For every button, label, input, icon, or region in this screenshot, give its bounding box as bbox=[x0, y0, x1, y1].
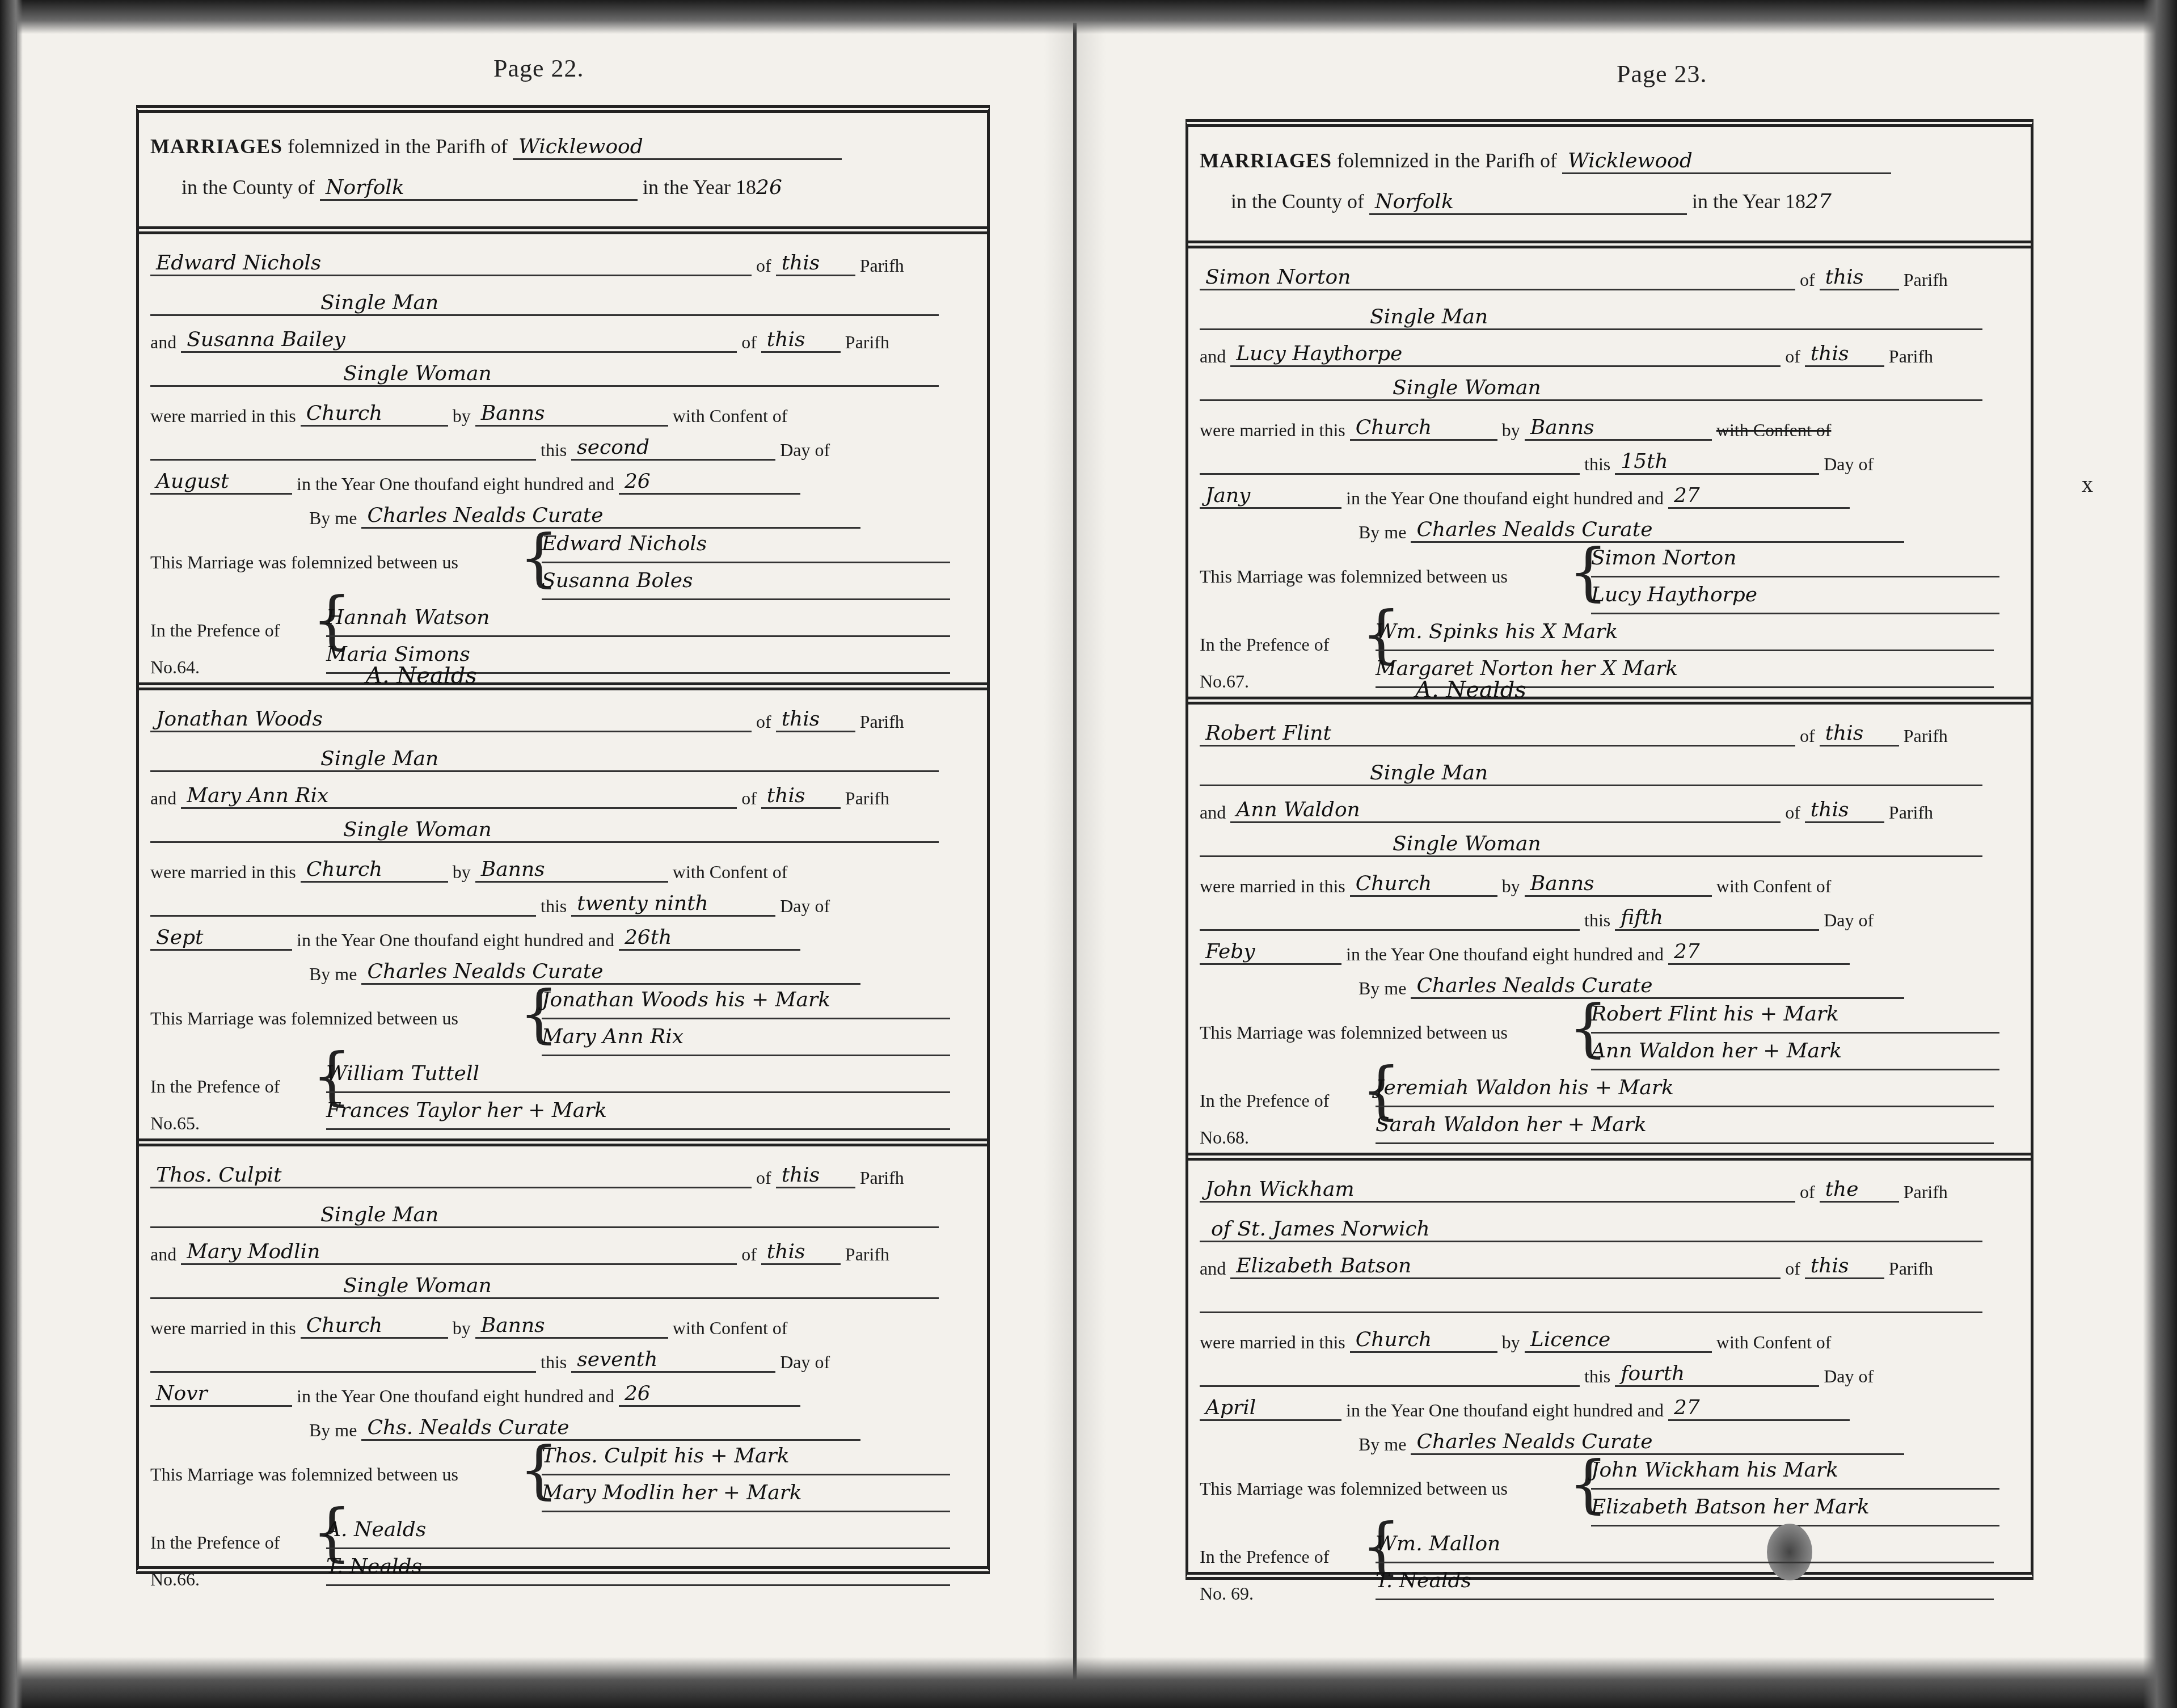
solemnized-between-label: This Marriage was folemnized between us bbox=[1200, 566, 1508, 587]
witness-1: Hannah Watson bbox=[326, 600, 950, 637]
bride-name: Ann Waldon bbox=[1230, 798, 1781, 823]
were-married-label: were married in this bbox=[150, 406, 296, 426]
in-the-year-label: in the Year One thoufand eight hundred a… bbox=[297, 930, 614, 950]
couple-signatures: Jonathan Woods his + Mark Mary Ann Rix bbox=[542, 982, 950, 1056]
marriage-method: Banns bbox=[475, 1314, 668, 1339]
groom-status: Single Man bbox=[1200, 761, 1982, 786]
groom-parish: this bbox=[1820, 722, 1899, 747]
couple-signatures: Edward Nichols Susanna Boles bbox=[542, 526, 950, 600]
marriage-place: Church bbox=[1350, 1328, 1497, 1353]
by-label: by bbox=[1502, 420, 1520, 440]
with-consent-label: with Confent of bbox=[1716, 876, 1832, 896]
solemnized-between-label: This Marriage was folemnized between us bbox=[150, 1008, 458, 1028]
extra-signature: A. Nealds bbox=[1415, 677, 1526, 703]
this-label: this bbox=[1584, 910, 1610, 930]
officiant: Charles Nealds Curate bbox=[361, 504, 860, 529]
solemnized-between-label: This Marriage was folemnized between us bbox=[1200, 1022, 1508, 1043]
marriage-entry: Robert Flint of this Parifh Single Man a… bbox=[1188, 705, 2031, 1161]
entry-number: No. 69. bbox=[1200, 1583, 1254, 1604]
parish-name: Wicklewood bbox=[513, 135, 842, 160]
in-the-year-label: in the Year One thoufand eight hundred a… bbox=[1346, 1400, 1664, 1420]
margin-x-mark: x bbox=[2082, 471, 2093, 497]
marriage-place: Church bbox=[1350, 872, 1497, 897]
marriage-year: 27 bbox=[1668, 1396, 1850, 1421]
entry-number: No.65. bbox=[150, 1113, 200, 1134]
bride-signature: Lucy Haythorpe bbox=[1591, 577, 1999, 614]
marriage-month: Novr bbox=[150, 1382, 292, 1407]
scan-edge-bottom bbox=[0, 1657, 2177, 1708]
bride-signature: Mary Modlin her + Mark bbox=[542, 1475, 950, 1512]
marriage-day: seventh bbox=[571, 1348, 775, 1373]
witness-2: T. Nealds bbox=[326, 1549, 950, 1586]
marriage-method: Banns bbox=[475, 858, 668, 883]
of-label: of bbox=[756, 711, 771, 732]
in-presence-label: In the Prefence of bbox=[150, 1532, 280, 1553]
bride-parish: this bbox=[761, 784, 841, 809]
consent-of bbox=[150, 1371, 536, 1373]
bride-parish: this bbox=[1805, 798, 1884, 823]
parish-label: Parifh bbox=[845, 332, 889, 352]
consent-of bbox=[1200, 473, 1580, 475]
officiant: Charles Nealds Curate bbox=[1411, 1430, 1904, 1455]
groom-name: Simon Norton bbox=[1200, 265, 1795, 290]
bride-status: Single Woman bbox=[150, 1274, 939, 1299]
marriage-method: Banns bbox=[1525, 872, 1712, 897]
groom-status: Single Man bbox=[150, 291, 939, 316]
groom-status: Single Man bbox=[150, 1203, 939, 1228]
witness-signatures: William Tuttell Frances Taylor her + Mar… bbox=[326, 1056, 950, 1130]
by-me-label: By me bbox=[1358, 978, 1406, 998]
in-presence-label: In the Prefence of bbox=[1200, 1090, 1329, 1111]
groom-signature: John Wickham his Mark bbox=[1591, 1453, 1999, 1490]
were-married-label: were married in this bbox=[150, 862, 296, 882]
marriage-entry: Simon Norton of this Parifh Single Man a… bbox=[1188, 248, 2031, 705]
with-consent-label: with Confent of bbox=[673, 862, 788, 882]
marriage-year: 26 bbox=[619, 470, 800, 495]
year-prefix: in the Year 18 bbox=[643, 176, 756, 199]
in-presence-label: In the Prefence of bbox=[1200, 634, 1329, 655]
this-label: this bbox=[541, 896, 567, 916]
by-label: by bbox=[1502, 876, 1520, 896]
by-me-label: By me bbox=[309, 508, 357, 528]
of-label: of bbox=[756, 255, 771, 276]
county-name: Norfolk bbox=[1369, 190, 1687, 215]
bride-name: Elizabeth Batson bbox=[1230, 1254, 1781, 1279]
solemnized-between-label: This Marriage was folemnized between us bbox=[150, 552, 458, 572]
marriage-month: August bbox=[150, 470, 292, 495]
bride-parish: this bbox=[761, 1240, 841, 1265]
by-label: by bbox=[1502, 1332, 1520, 1352]
register-page-23: MARRIAGES folemnized in the Parifh of Wi… bbox=[1185, 119, 2033, 1580]
parish-label: Parifh bbox=[860, 1167, 904, 1188]
bride-parish: this bbox=[761, 328, 841, 353]
witness-signatures: A. Nealds T. Nealds bbox=[326, 1512, 950, 1586]
were-married-label: were married in this bbox=[1200, 876, 1345, 896]
county-prefix: in the County of bbox=[182, 176, 315, 199]
in-the-year-label: in the Year One thoufand eight hundred a… bbox=[297, 1386, 614, 1406]
couple-signatures: John Wickham his Mark Elizabeth Batson h… bbox=[1591, 1453, 1999, 1526]
marriage-year: 27 bbox=[1668, 940, 1850, 965]
of-label: of bbox=[741, 1244, 757, 1264]
page-label-left: Page 22. bbox=[493, 54, 584, 83]
groom-signature: Edward Nichols bbox=[542, 526, 950, 563]
marriage-method: Licence bbox=[1525, 1328, 1712, 1353]
parish-label: Parifh bbox=[1904, 269, 1948, 290]
parish-label: Parifh bbox=[1889, 346, 1933, 366]
consent-of bbox=[150, 459, 536, 461]
officiant: Charles Nealds Curate bbox=[1411, 974, 1904, 999]
parish-label: Parifh bbox=[845, 1244, 889, 1264]
scan-edge-top bbox=[0, 0, 2177, 34]
bride-name: Susanna Bailey bbox=[181, 328, 737, 353]
marriage-day: fifth bbox=[1615, 906, 1819, 931]
bride-signature: Susanna Boles bbox=[542, 563, 950, 600]
scan-edge-right bbox=[2143, 0, 2177, 1708]
with-consent-label: with Confent of bbox=[1716, 1332, 1832, 1352]
header-year: 27 bbox=[1805, 190, 1832, 213]
this-label: this bbox=[1584, 454, 1610, 474]
of-label: of bbox=[756, 1167, 771, 1188]
bride-parish: this bbox=[1805, 1254, 1884, 1279]
and-label: and bbox=[1200, 346, 1226, 366]
and-label: and bbox=[1200, 1258, 1226, 1279]
of-label: of bbox=[741, 332, 757, 352]
groom-parish: the bbox=[1820, 1178, 1899, 1203]
consent-of bbox=[1200, 1385, 1580, 1387]
marriage-day: twenty ninth bbox=[571, 892, 775, 917]
marriage-place: Church bbox=[1350, 416, 1497, 441]
groom-name: Thos. Culpit bbox=[150, 1163, 752, 1188]
extra-signature: A. Nealds bbox=[366, 663, 477, 689]
of-label: of bbox=[1800, 1182, 1815, 1202]
groom-signature: Thos. Culpit his + Mark bbox=[542, 1439, 950, 1475]
of-label: of bbox=[1785, 1258, 1800, 1279]
witness-2: T. Nealds bbox=[1376, 1563, 1994, 1600]
parish-label: Parifh bbox=[1889, 802, 1933, 823]
by-me-label: By me bbox=[1358, 522, 1406, 542]
bride-signature: Elizabeth Batson her Mark bbox=[1591, 1490, 1999, 1526]
page-header: MARRIAGES folemnized in the Parifh of Wi… bbox=[139, 113, 987, 234]
witness-2: Sarah Waldon her + Mark bbox=[1376, 1107, 1994, 1144]
of-label: of bbox=[1785, 346, 1800, 366]
in-the-year-label: in the Year One thoufand eight hundred a… bbox=[1346, 944, 1664, 964]
day-of-label: Day of bbox=[1824, 910, 1874, 930]
were-married-label: were married in this bbox=[150, 1318, 296, 1338]
in-presence-label: In the Prefence of bbox=[150, 620, 280, 640]
with-consent-label: with Confent of bbox=[673, 406, 788, 426]
by-me-label: By me bbox=[309, 1420, 357, 1440]
and-label: and bbox=[150, 332, 176, 352]
bride-status bbox=[1200, 1288, 1982, 1313]
marriage-entry: John Wickham of the Parifh of St. James … bbox=[1188, 1161, 2031, 1609]
header-year: 26 bbox=[756, 176, 782, 199]
of-label: of bbox=[1785, 802, 1800, 823]
officiant: Charles Nealds Curate bbox=[1411, 518, 1904, 543]
witness-1: Wm. Mallon bbox=[1376, 1526, 1994, 1563]
day-of-label: Day of bbox=[1824, 1366, 1874, 1386]
marriage-month: Sept bbox=[150, 926, 292, 951]
were-married-label: were married in this bbox=[1200, 420, 1345, 440]
bride-status: Single Woman bbox=[150, 362, 939, 387]
witness-signatures: Wm. Mallon T. Nealds bbox=[1376, 1526, 1994, 1600]
entry-number: No.68. bbox=[1200, 1127, 1249, 1148]
bride-name: Mary Modlin bbox=[181, 1240, 737, 1265]
page-header: MARRIAGES folemnized in the Parifh of Wi… bbox=[1188, 127, 2031, 248]
groom-name: John Wickham bbox=[1200, 1178, 1795, 1203]
marriage-place: Church bbox=[301, 858, 448, 883]
marriage-month: Jany bbox=[1200, 484, 1341, 509]
couple-signatures: Simon Norton Lucy Haythorpe bbox=[1591, 541, 1999, 614]
witness-1: Jeremiah Waldon his + Mark bbox=[1376, 1070, 1994, 1107]
groom-status: Single Man bbox=[1200, 305, 1982, 330]
groom-parish: this bbox=[1820, 265, 1899, 290]
with-consent-label: with Confent of bbox=[673, 1318, 788, 1338]
entry-number: No.67. bbox=[1200, 671, 1249, 692]
marriage-place: Church bbox=[301, 402, 448, 427]
marriage-entry: Thos. Culpit of this Parifh Single Man a… bbox=[139, 1146, 987, 1595]
groom-signature: Simon Norton bbox=[1591, 541, 1999, 577]
solemnized-between-label: This Marriage was folemnized between us bbox=[1200, 1478, 1508, 1499]
day-of-label: Day of bbox=[1824, 454, 1874, 474]
marriages-heading: MARRIAGES bbox=[1200, 149, 1332, 172]
witness-1: Wm. Spinks his X Mark bbox=[1376, 614, 1994, 651]
parish-label: Parifh bbox=[1889, 1258, 1933, 1279]
parish-label: Parifh bbox=[845, 788, 889, 808]
this-label: this bbox=[541, 440, 567, 460]
groom-name: Robert Flint bbox=[1200, 722, 1795, 747]
marriage-day: 15th bbox=[1615, 450, 1819, 475]
parish-label: Parifh bbox=[1904, 726, 1948, 746]
marriage-method: Banns bbox=[1525, 416, 1712, 441]
couple-signatures: Robert Flint his + Mark Ann Waldon her +… bbox=[1591, 997, 1999, 1070]
and-label: and bbox=[1200, 802, 1226, 823]
groom-status: of St. James Norwich bbox=[1200, 1217, 1982, 1242]
officiant: Charles Nealds Curate bbox=[361, 960, 860, 985]
groom-parish: this bbox=[776, 251, 855, 276]
bride-status: Single Woman bbox=[150, 818, 939, 843]
witness-1: William Tuttell bbox=[326, 1056, 950, 1093]
marriages-heading: MARRIAGES bbox=[150, 135, 282, 158]
marriage-day: fourth bbox=[1615, 1362, 1819, 1387]
day-of-label: Day of bbox=[780, 1352, 830, 1372]
marriage-year: 26th bbox=[619, 926, 800, 951]
bride-signature: Mary Ann Rix bbox=[542, 1019, 950, 1056]
of-label: of bbox=[1800, 269, 1815, 290]
entry-number: No.66. bbox=[150, 1569, 200, 1590]
by-me-label: By me bbox=[309, 964, 357, 984]
this-label: this bbox=[1584, 1366, 1610, 1386]
parish-name: Wicklewood bbox=[1562, 149, 1891, 174]
marriage-month: Feby bbox=[1200, 940, 1341, 965]
solemnized-text: folemnized in the Parifh of bbox=[288, 135, 508, 158]
county-name: Norfolk bbox=[320, 176, 638, 201]
solemnized-text: folemnized in the Parifh of bbox=[1337, 149, 1557, 172]
county-prefix: in the County of bbox=[1231, 190, 1364, 213]
by-label: by bbox=[453, 1318, 471, 1338]
marriage-month: April bbox=[1200, 1396, 1341, 1421]
groom-status: Single Man bbox=[150, 747, 939, 772]
groom-signature: Jonathan Woods his + Mark bbox=[542, 982, 950, 1019]
bride-status: Single Woman bbox=[1200, 376, 1982, 401]
witness-signatures: Jeremiah Waldon his + Mark Sarah Waldon … bbox=[1376, 1070, 1994, 1144]
with-consent-label: with Confent of bbox=[1716, 420, 1832, 440]
marriage-place: Church bbox=[301, 1314, 448, 1339]
this-label: this bbox=[541, 1352, 567, 1372]
in-the-year-label: in the Year One thoufand eight hundred a… bbox=[297, 474, 614, 494]
scan-edge-left bbox=[0, 0, 23, 1708]
and-label: and bbox=[150, 1244, 176, 1264]
parish-label: Parifh bbox=[1904, 1182, 1948, 1202]
officiant: Chs. Nealds Curate bbox=[361, 1416, 860, 1441]
register-page-22: MARRIAGES folemnized in the Parifh of Wi… bbox=[136, 105, 990, 1574]
bride-name: Lucy Haythorpe bbox=[1230, 342, 1781, 367]
day-of-label: Day of bbox=[780, 896, 830, 916]
groom-parish: this bbox=[776, 1163, 855, 1188]
of-label: of bbox=[741, 788, 757, 808]
marriage-year: 26 bbox=[619, 1382, 800, 1407]
marriage-entry: Edward Nichols of this Parifh Single Man… bbox=[139, 234, 987, 690]
groom-name: Jonathan Woods bbox=[150, 707, 752, 732]
groom-signature: Robert Flint his + Mark bbox=[1591, 997, 1999, 1034]
and-label: and bbox=[150, 788, 176, 808]
consent-of bbox=[1200, 929, 1580, 931]
bride-status: Single Woman bbox=[1200, 832, 1982, 857]
groom-name: Edward Nichols bbox=[150, 251, 752, 276]
bride-parish: this bbox=[1805, 342, 1884, 367]
witness-2: Frances Taylor her + Mark bbox=[326, 1093, 950, 1130]
by-me-label: By me bbox=[1358, 1434, 1406, 1454]
marriage-entry: Jonathan Woods of this Parifh Single Man… bbox=[139, 690, 987, 1146]
witness-1: A. Nealds bbox=[326, 1512, 950, 1549]
day-of-label: Day of bbox=[780, 440, 830, 460]
year-prefix: in the Year 18 bbox=[1692, 190, 1805, 213]
marriage-day: second bbox=[571, 436, 775, 461]
marriage-year: 27 bbox=[1668, 484, 1850, 509]
of-label: of bbox=[1800, 726, 1815, 746]
parish-label: Parifh bbox=[860, 255, 904, 276]
solemnized-between-label: This Marriage was folemnized between us bbox=[150, 1464, 458, 1485]
by-label: by bbox=[453, 862, 471, 882]
couple-signatures: Thos. Culpit his + Mark Mary Modlin her … bbox=[542, 1439, 950, 1512]
by-label: by bbox=[453, 406, 471, 426]
book-gutter bbox=[1073, 23, 1077, 1685]
in-the-year-label: in the Year One thoufand eight hundred a… bbox=[1346, 488, 1664, 508]
bride-name: Mary Ann Rix bbox=[181, 784, 737, 809]
consent-of bbox=[150, 915, 536, 917]
in-presence-label: In the Prefence of bbox=[150, 1076, 280, 1097]
in-presence-label: In the Prefence of bbox=[1200, 1546, 1329, 1567]
groom-parish: this bbox=[776, 707, 855, 732]
entry-number: No.64. bbox=[150, 657, 200, 678]
bride-signature: Ann Waldon her + Mark bbox=[1591, 1034, 1999, 1070]
page-label-right: Page 23. bbox=[1617, 60, 1707, 88]
parish-label: Parifh bbox=[860, 711, 904, 732]
marriage-method: Banns bbox=[475, 402, 668, 427]
were-married-label: were married in this bbox=[1200, 1332, 1345, 1352]
